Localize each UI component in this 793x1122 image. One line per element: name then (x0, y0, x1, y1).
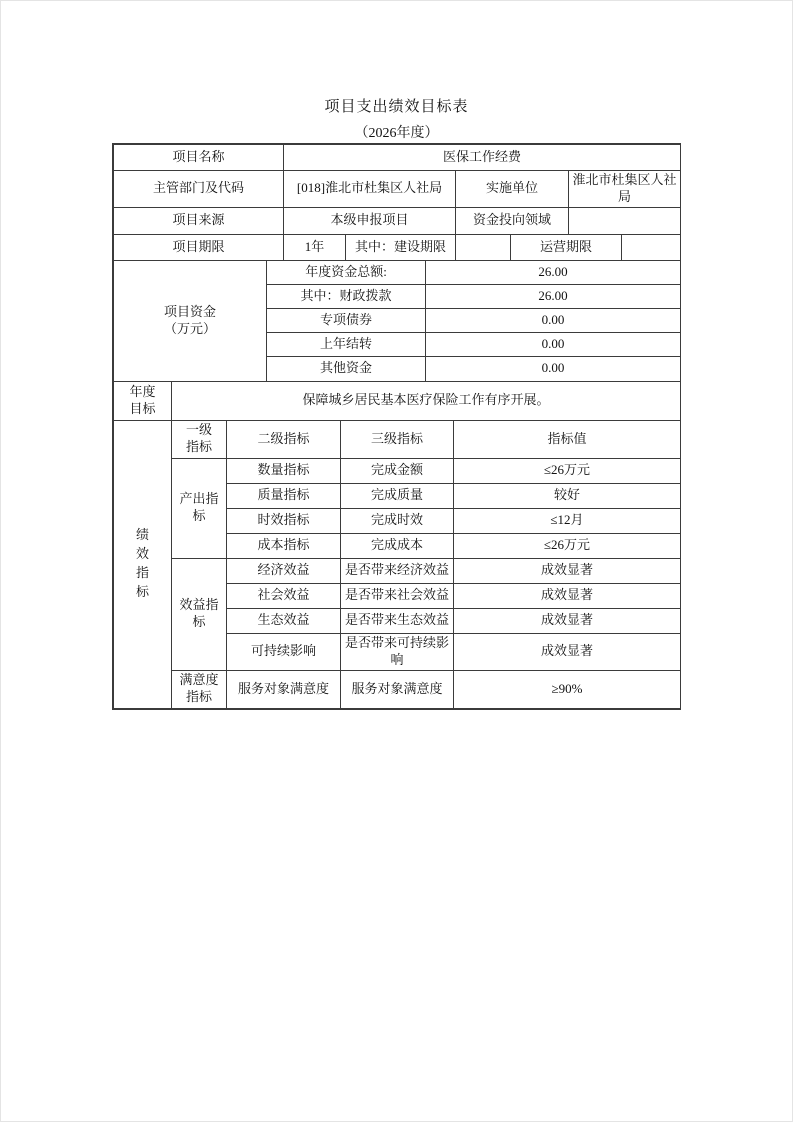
header-value: 指标值 (454, 420, 681, 458)
indicator-l2: 成本指标 (227, 533, 341, 558)
indicator-value: 较好 (454, 483, 681, 508)
table-row: 产出指标 数量指标 完成金额 ≤26万元 (114, 458, 681, 483)
indicator-l3: 完成成本 (341, 533, 454, 558)
funds-row-label: 年度资金总额: (267, 260, 426, 284)
group-benefit-label: 效益指标 (172, 558, 227, 670)
document-page: 项目支出绩效目标表 （2026年度） 项目名称 医保工作经费 主管部门及代码 [… (0, 0, 793, 1122)
impl-unit-label: 实施单位 (456, 171, 569, 208)
group-satisfaction-label: 满意度 指标 (172, 670, 227, 708)
header-level3: 三级指标 (341, 420, 454, 458)
funds-row-value: 26.00 (426, 284, 681, 308)
source-value: 本级申报项目 (284, 207, 456, 234)
funds-row-value: 26.00 (426, 260, 681, 284)
indicator-l2: 质量指标 (227, 483, 341, 508)
table-row: 项目名称 医保工作经费 (114, 145, 681, 171)
funds-row-label: 专项债券 (267, 308, 426, 332)
build-period-value (456, 234, 511, 260)
indicator-l2: 数量指标 (227, 458, 341, 483)
funds-row-value: 0.00 (426, 308, 681, 332)
indicator-l3: 是否带来生态效益 (341, 608, 454, 633)
funds-row-value: 0.00 (426, 356, 681, 381)
indicator-value: ≤12月 (454, 508, 681, 533)
table-row: 效益指标 经济效益 是否带来经济效益 成效显著 (114, 558, 681, 583)
page-subtitle: （2026年度） (0, 122, 793, 142)
header-level2: 二级指标 (227, 420, 341, 458)
indicator-l3: 是否带来经济效益 (341, 558, 454, 583)
page-title: 项目支出绩效目标表 (0, 95, 793, 116)
indicators-table: 绩效指标 一级 指标 二级指标 三级指标 指标值 产出指标 数量指标 完成金额 … (113, 420, 681, 709)
indicator-l2: 可持续影响 (227, 633, 341, 670)
table-row: 绩效指标 一级 指标 二级指标 三级指标 指标值 (114, 420, 681, 458)
indicator-value: 成效显著 (454, 608, 681, 633)
basic-info-table: 项目名称 医保工作经费 主管部门及代码 [018]淮北市杜集区人社局 实施单位 … (113, 144, 681, 261)
table-row: 主管部门及代码 [018]淮北市杜集区人社局 实施单位 淮北市杜集区人社局 (114, 171, 681, 208)
indicator-l2: 经济效益 (227, 558, 341, 583)
group-output-label: 产出指标 (172, 458, 227, 558)
funds-group-label: 项目资金 （万元） (114, 260, 267, 381)
header-level1: 一级 指标 (172, 420, 227, 458)
indicator-l2: 时效指标 (227, 508, 341, 533)
operate-period-label: 运营期限 (511, 234, 622, 260)
indicator-l3: 完成时效 (341, 508, 454, 533)
funds-row-label: 上年结转 (267, 332, 426, 356)
source-label: 项目来源 (114, 207, 284, 234)
period-label: 项目期限 (114, 234, 284, 260)
indicator-l3: 是否带来可持续影响 (341, 633, 454, 670)
period-value: 1年 (284, 234, 346, 260)
table-row: 年度 目标 保障城乡居民基本医疗保险工作有序开展。 (114, 381, 681, 420)
indicator-value: 成效显著 (454, 558, 681, 583)
invest-field-value (569, 207, 681, 234)
perf-indicator-label: 绩效指标 (114, 420, 172, 708)
dept-value: [018]淮北市杜集区人社局 (284, 171, 456, 208)
funds-table: 项目资金 （万元） 年度资金总额: 26.00 其中：财政拨款 26.00 专项… (113, 260, 681, 382)
indicator-value: ≤26万元 (454, 458, 681, 483)
indicator-l3: 完成质量 (341, 483, 454, 508)
funds-row-label: 其中：财政拨款 (267, 284, 426, 308)
indicator-value: ≥90% (454, 670, 681, 708)
indicator-value: ≤26万元 (454, 533, 681, 558)
table-row: 项目来源 本级申报项目 资金投向领域 (114, 207, 681, 234)
dept-label: 主管部门及代码 (114, 171, 284, 208)
indicator-value: 成效显著 (454, 583, 681, 608)
table-row: 项目期限 1年 其中：建设期限 运营期限 (114, 234, 681, 260)
operate-period-value (622, 234, 681, 260)
build-period-label: 其中：建设期限 (346, 234, 456, 260)
indicator-l3: 是否带来社会效益 (341, 583, 454, 608)
funds-row-label: 其他资金 (267, 356, 426, 381)
project-name-label: 项目名称 (114, 145, 284, 171)
performance-target-table: 项目名称 医保工作经费 主管部门及代码 [018]淮北市杜集区人社局 实施单位 … (112, 143, 681, 710)
perf-indicator-vertical-text: 绩效指标 (136, 526, 150, 601)
indicator-l2: 社会效益 (227, 583, 341, 608)
impl-unit-value: 淮北市杜集区人社局 (569, 171, 681, 208)
funds-row-value: 0.00 (426, 332, 681, 356)
indicator-value: 成效显著 (454, 633, 681, 670)
table-row: 满意度 指标 服务对象满意度 服务对象满意度 ≥90% (114, 670, 681, 708)
indicator-l2: 生态效益 (227, 608, 341, 633)
indicator-l3: 完成金额 (341, 458, 454, 483)
indicator-l2: 服务对象满意度 (227, 670, 341, 708)
indicator-l3: 服务对象满意度 (341, 670, 454, 708)
annual-goal-text: 保障城乡居民基本医疗保险工作有序开展。 (172, 381, 681, 420)
annual-goal-label: 年度 目标 (114, 381, 172, 420)
annual-goal-table: 年度 目标 保障城乡居民基本医疗保险工作有序开展。 (113, 381, 681, 421)
project-name-value: 医保工作经费 (284, 145, 681, 171)
invest-field-label: 资金投向领域 (456, 207, 569, 234)
table-row: 项目资金 （万元） 年度资金总额: 26.00 (114, 260, 681, 284)
